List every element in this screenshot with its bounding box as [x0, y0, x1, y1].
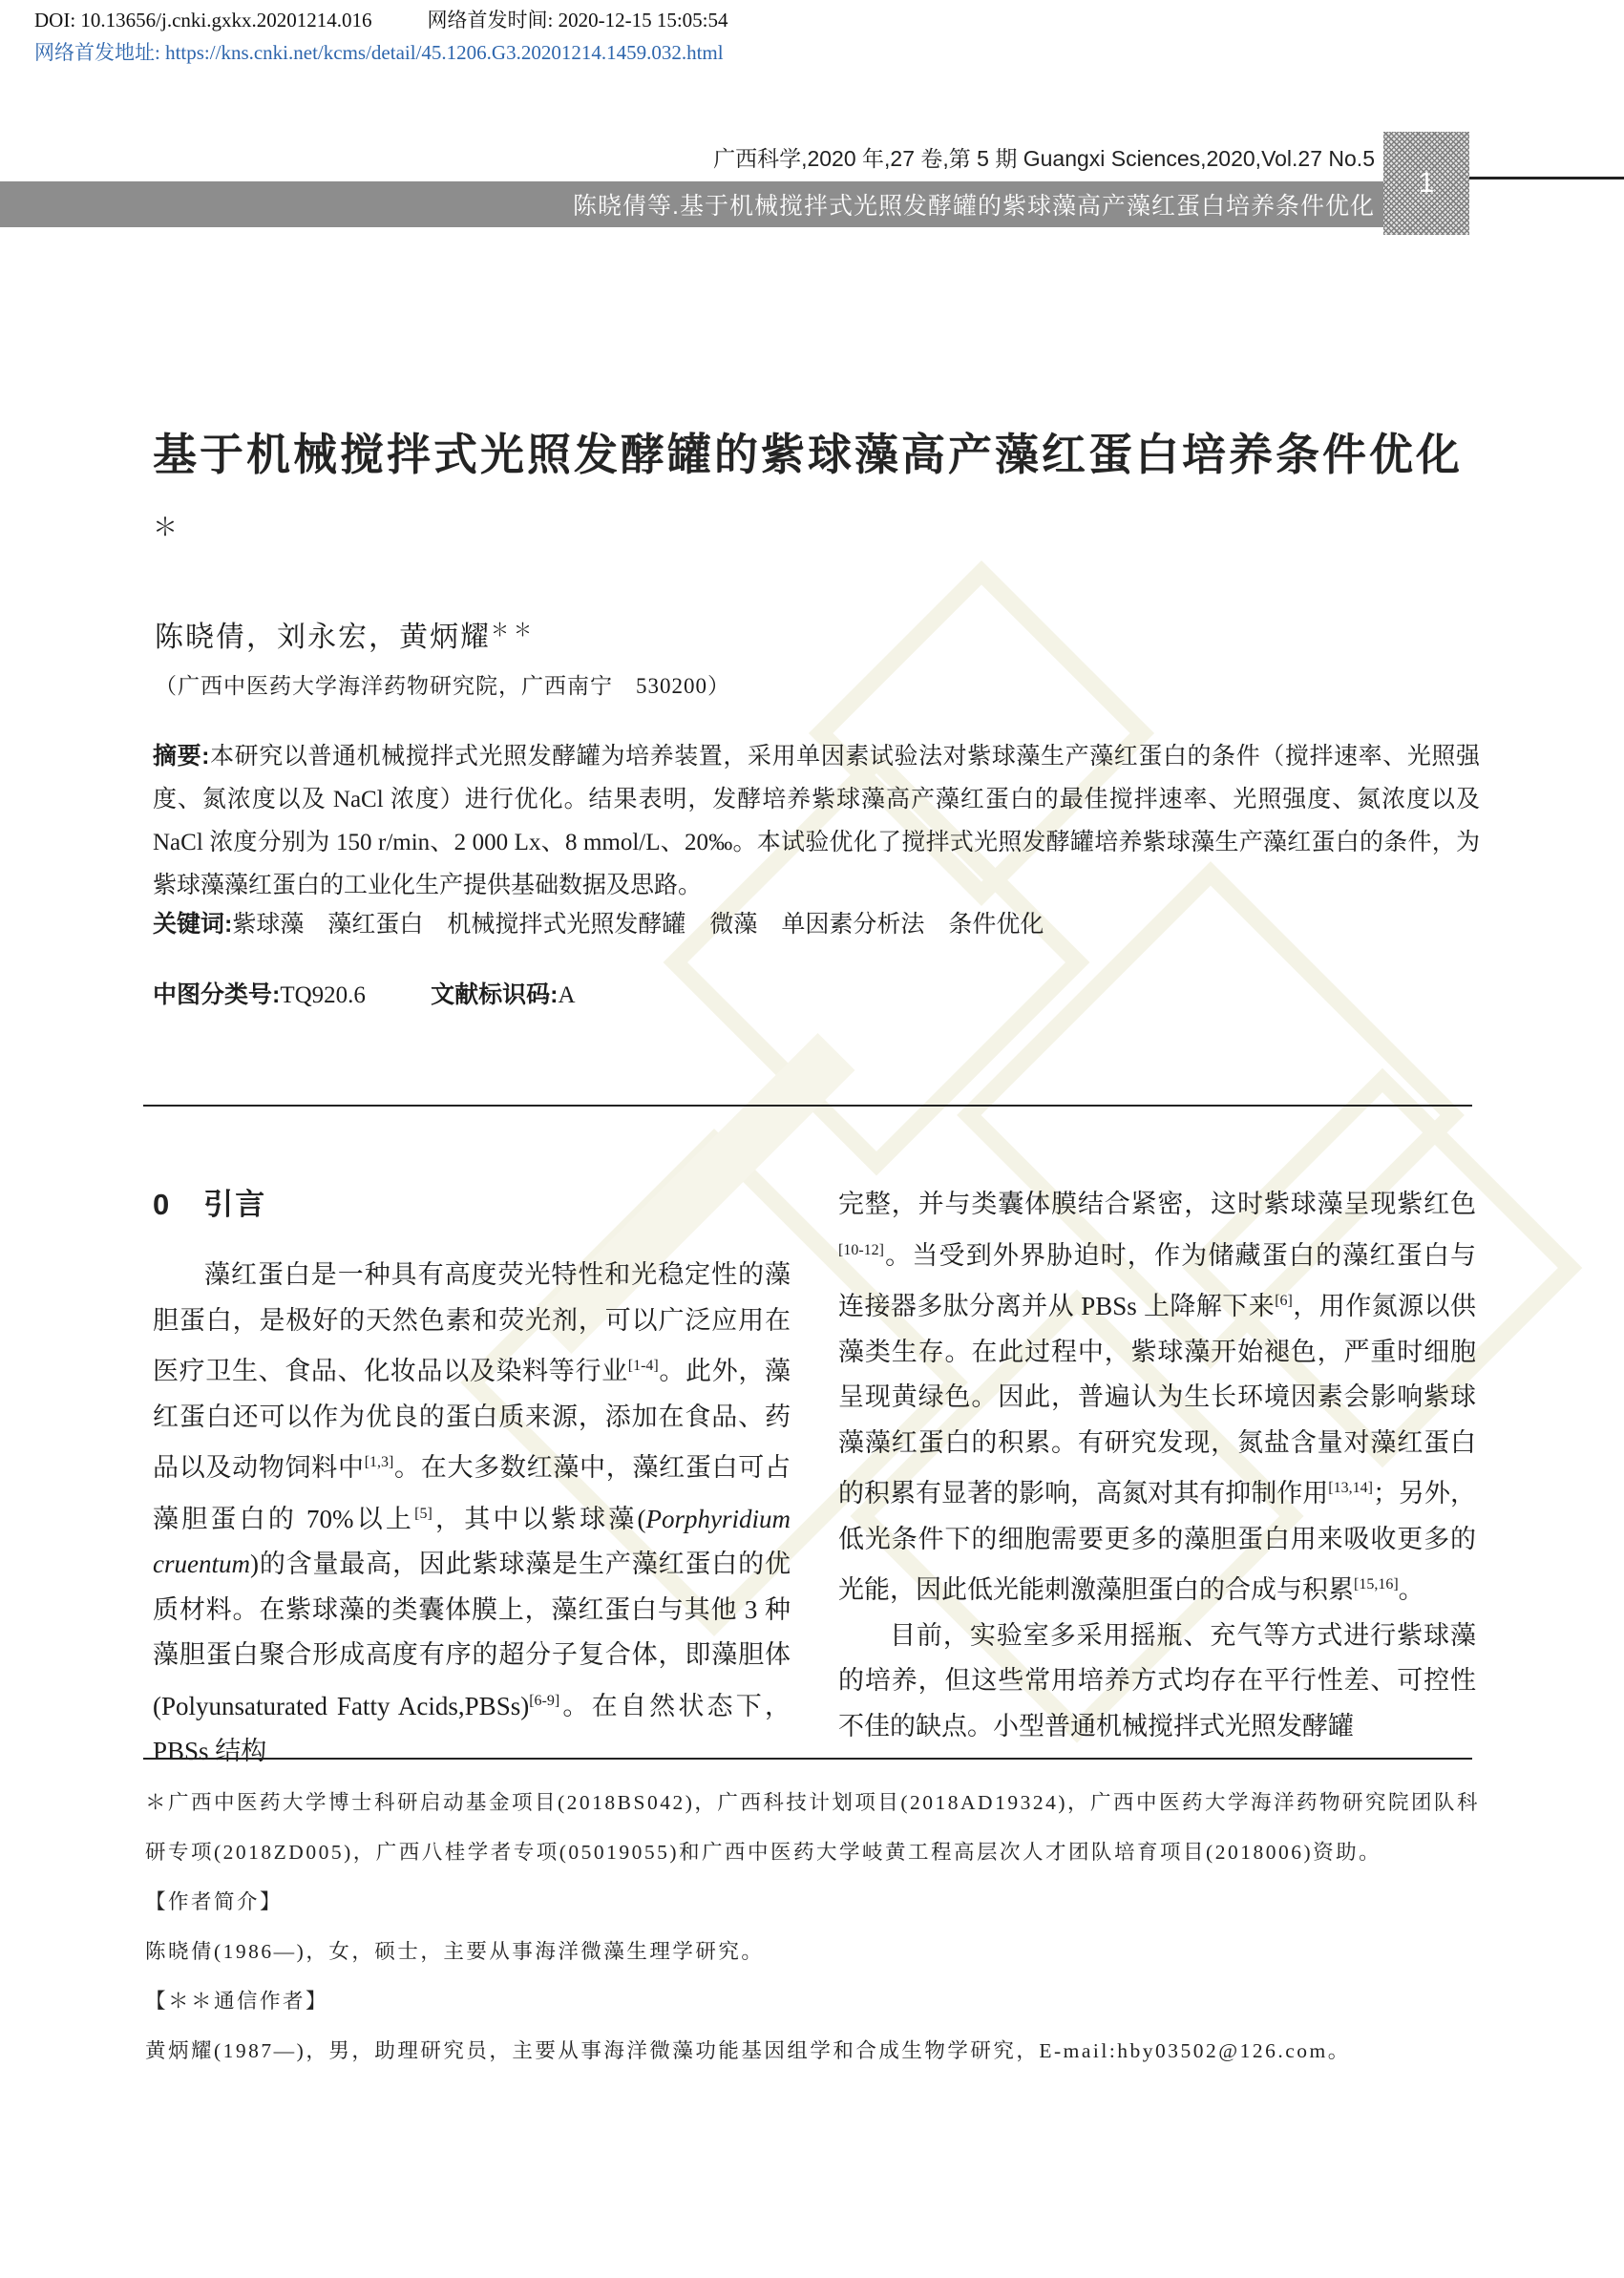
abstract-text: 本研究以普通机械搅拌式光照发酵罐为培养装置，采用单因素试验法对紫球藻生产藻红蛋白… [153, 744, 1480, 898]
section-title: 引言 [203, 1188, 266, 1221]
keywords: 关键词:紫球藻 藻红蛋白 机械搅拌式光照发酵罐 微藻 单因素分析法 条件优化 [153, 905, 1480, 939]
article-title-text: 基于机械搅拌式光照发酵罐的紫球藻高产藻红蛋白培养条件优化 [153, 430, 1463, 479]
keywords-text: 紫球藻 藻红蛋白 机械搅拌式光照发酵罐 微藻 单因素分析法 条件优化 [232, 912, 1044, 938]
corresponding-author-label: 【＊＊通信作者】 [145, 1976, 1480, 2026]
keywords-label: 关键词: [153, 911, 232, 938]
clc-value: TQ920.6 [280, 982, 366, 1008]
author-names: 陈晓倩，刘永宏，黄炳耀 [155, 622, 491, 653]
doi-line: DOI: 10.13656/j.cnki.gxkx.20201214.016网络… [34, 4, 728, 36]
author-list: 陈晓倩，刘永宏，黄炳耀＊＊ [155, 613, 537, 655]
doi-label: DOI: [34, 9, 75, 32]
abstract-label: 摘要: [153, 743, 210, 770]
publish-time-label: 网络首发时间: [428, 9, 554, 32]
footnotes: ＊广西中医药大学博士科研启动基金项目(2018BS042)，广西科技计划项目(2… [145, 1778, 1480, 2076]
author-bio-first: 陈晓倩(1986—)，女，硕士，主要从事海洋微藻生理学研究。 [145, 1927, 1480, 1976]
abstract: 摘要:本研究以普通机械搅拌式光照发酵罐为培养装置，采用单因素试验法对紫球藻生产藻… [153, 735, 1480, 907]
publish-time: 网络首发时间: 2020-12-15 15:05:54 [428, 9, 728, 32]
title-footnote-mark: ＊ [153, 513, 180, 541]
affiliation: （广西中医药大学海洋药物研究院，广西南宁 530200） [155, 668, 730, 700]
doc-code-label: 文献标识码: [431, 981, 558, 1008]
author-bio-label: 【作者简介】 [145, 1877, 1480, 1927]
doc-code-value: A [558, 982, 575, 1008]
classification-line: 中图分类号:TQ920.6 文献标识码:A [153, 976, 1480, 1010]
publish-time-value: 2020-12-15 15:05:54 [559, 9, 728, 32]
doi: DOI: 10.13656/j.cnki.gxkx.20201214.016 [34, 9, 372, 32]
page-number: 1 [1419, 167, 1435, 200]
first-publish-meta: DOI: 10.13656/j.cnki.gxkx.20201214.016网络… [34, 4, 728, 69]
header-rule [1469, 177, 1624, 179]
running-title-bar: 陈晓倩等.基于机械搅拌式光照发酵罐的紫球藻高产藻红蛋白培养条件优化 [0, 181, 1468, 227]
first-publish-url-link[interactable]: https://kns.cnki.net/kcms/detail/45.1206… [165, 41, 723, 64]
corresponding-author-mark: ＊＊ [491, 621, 537, 641]
url-line: 网络首发地址: https://kns.cnki.net/kcms/detail… [34, 36, 728, 69]
body-column-right: 完整，并与类囊体膜结合紧密，这时紫球藻呈现紫红色[10-12]。当受到外界胁迫时… [838, 1182, 1476, 1749]
footnote-rule [143, 1758, 1472, 1760]
url-label: 网络首发地址: [34, 41, 160, 64]
body-column-left: 藻红蛋白是一种具有高度荧光特性和光稳定性的藻胆蛋白，是极好的天然色素和荧光剂，可… [153, 1253, 791, 1775]
section-number: 0 [153, 1188, 171, 1221]
page-number-box: 1 [1383, 132, 1469, 235]
body-paragraph: 藻红蛋白是一种具有高度荧光特性和光稳定性的藻胆蛋白，是极好的天然色素和荧光剂，可… [153, 1253, 791, 1775]
body-paragraph: 目前，实验室多采用摇瓶、充气等方式进行紫球藻的培养，但这些常用培养方式均存在平行… [838, 1614, 1476, 1750]
author-bio-corresponding: 黄炳耀(1987—)，男，助理研究员，主要从事海洋微藻功能基因组学和合成生物学研… [145, 2026, 1480, 2076]
clc-label: 中图分类号: [153, 981, 280, 1008]
doi-value: 10.13656/j.cnki.gxkx.20201214.016 [80, 9, 371, 32]
running-title: 陈晓倩等.基于机械搅拌式光照发酵罐的紫球藻高产藻红蛋白培养条件优化 [573, 187, 1375, 221]
section-heading-intro: 0引言 [153, 1180, 266, 1223]
journal-citation: 广西科学,2020 年,27 卷,第 5 期 Guangxi Sciences,… [0, 141, 1375, 173]
abstract-body-divider [143, 1105, 1472, 1107]
body-paragraph: 完整，并与类囊体膜结合紧密，这时紫球藻呈现紫红色[10-12]。当受到外界胁迫时… [838, 1182, 1476, 1614]
article-title: 基于机械搅拌式光照发酵罐的紫球藻高产藻红蛋白培养条件优化＊ [153, 418, 1489, 572]
funding-note: ＊广西中医药大学博士科研启动基金项目(2018BS042)，广西科技计划项目(2… [145, 1778, 1480, 1877]
